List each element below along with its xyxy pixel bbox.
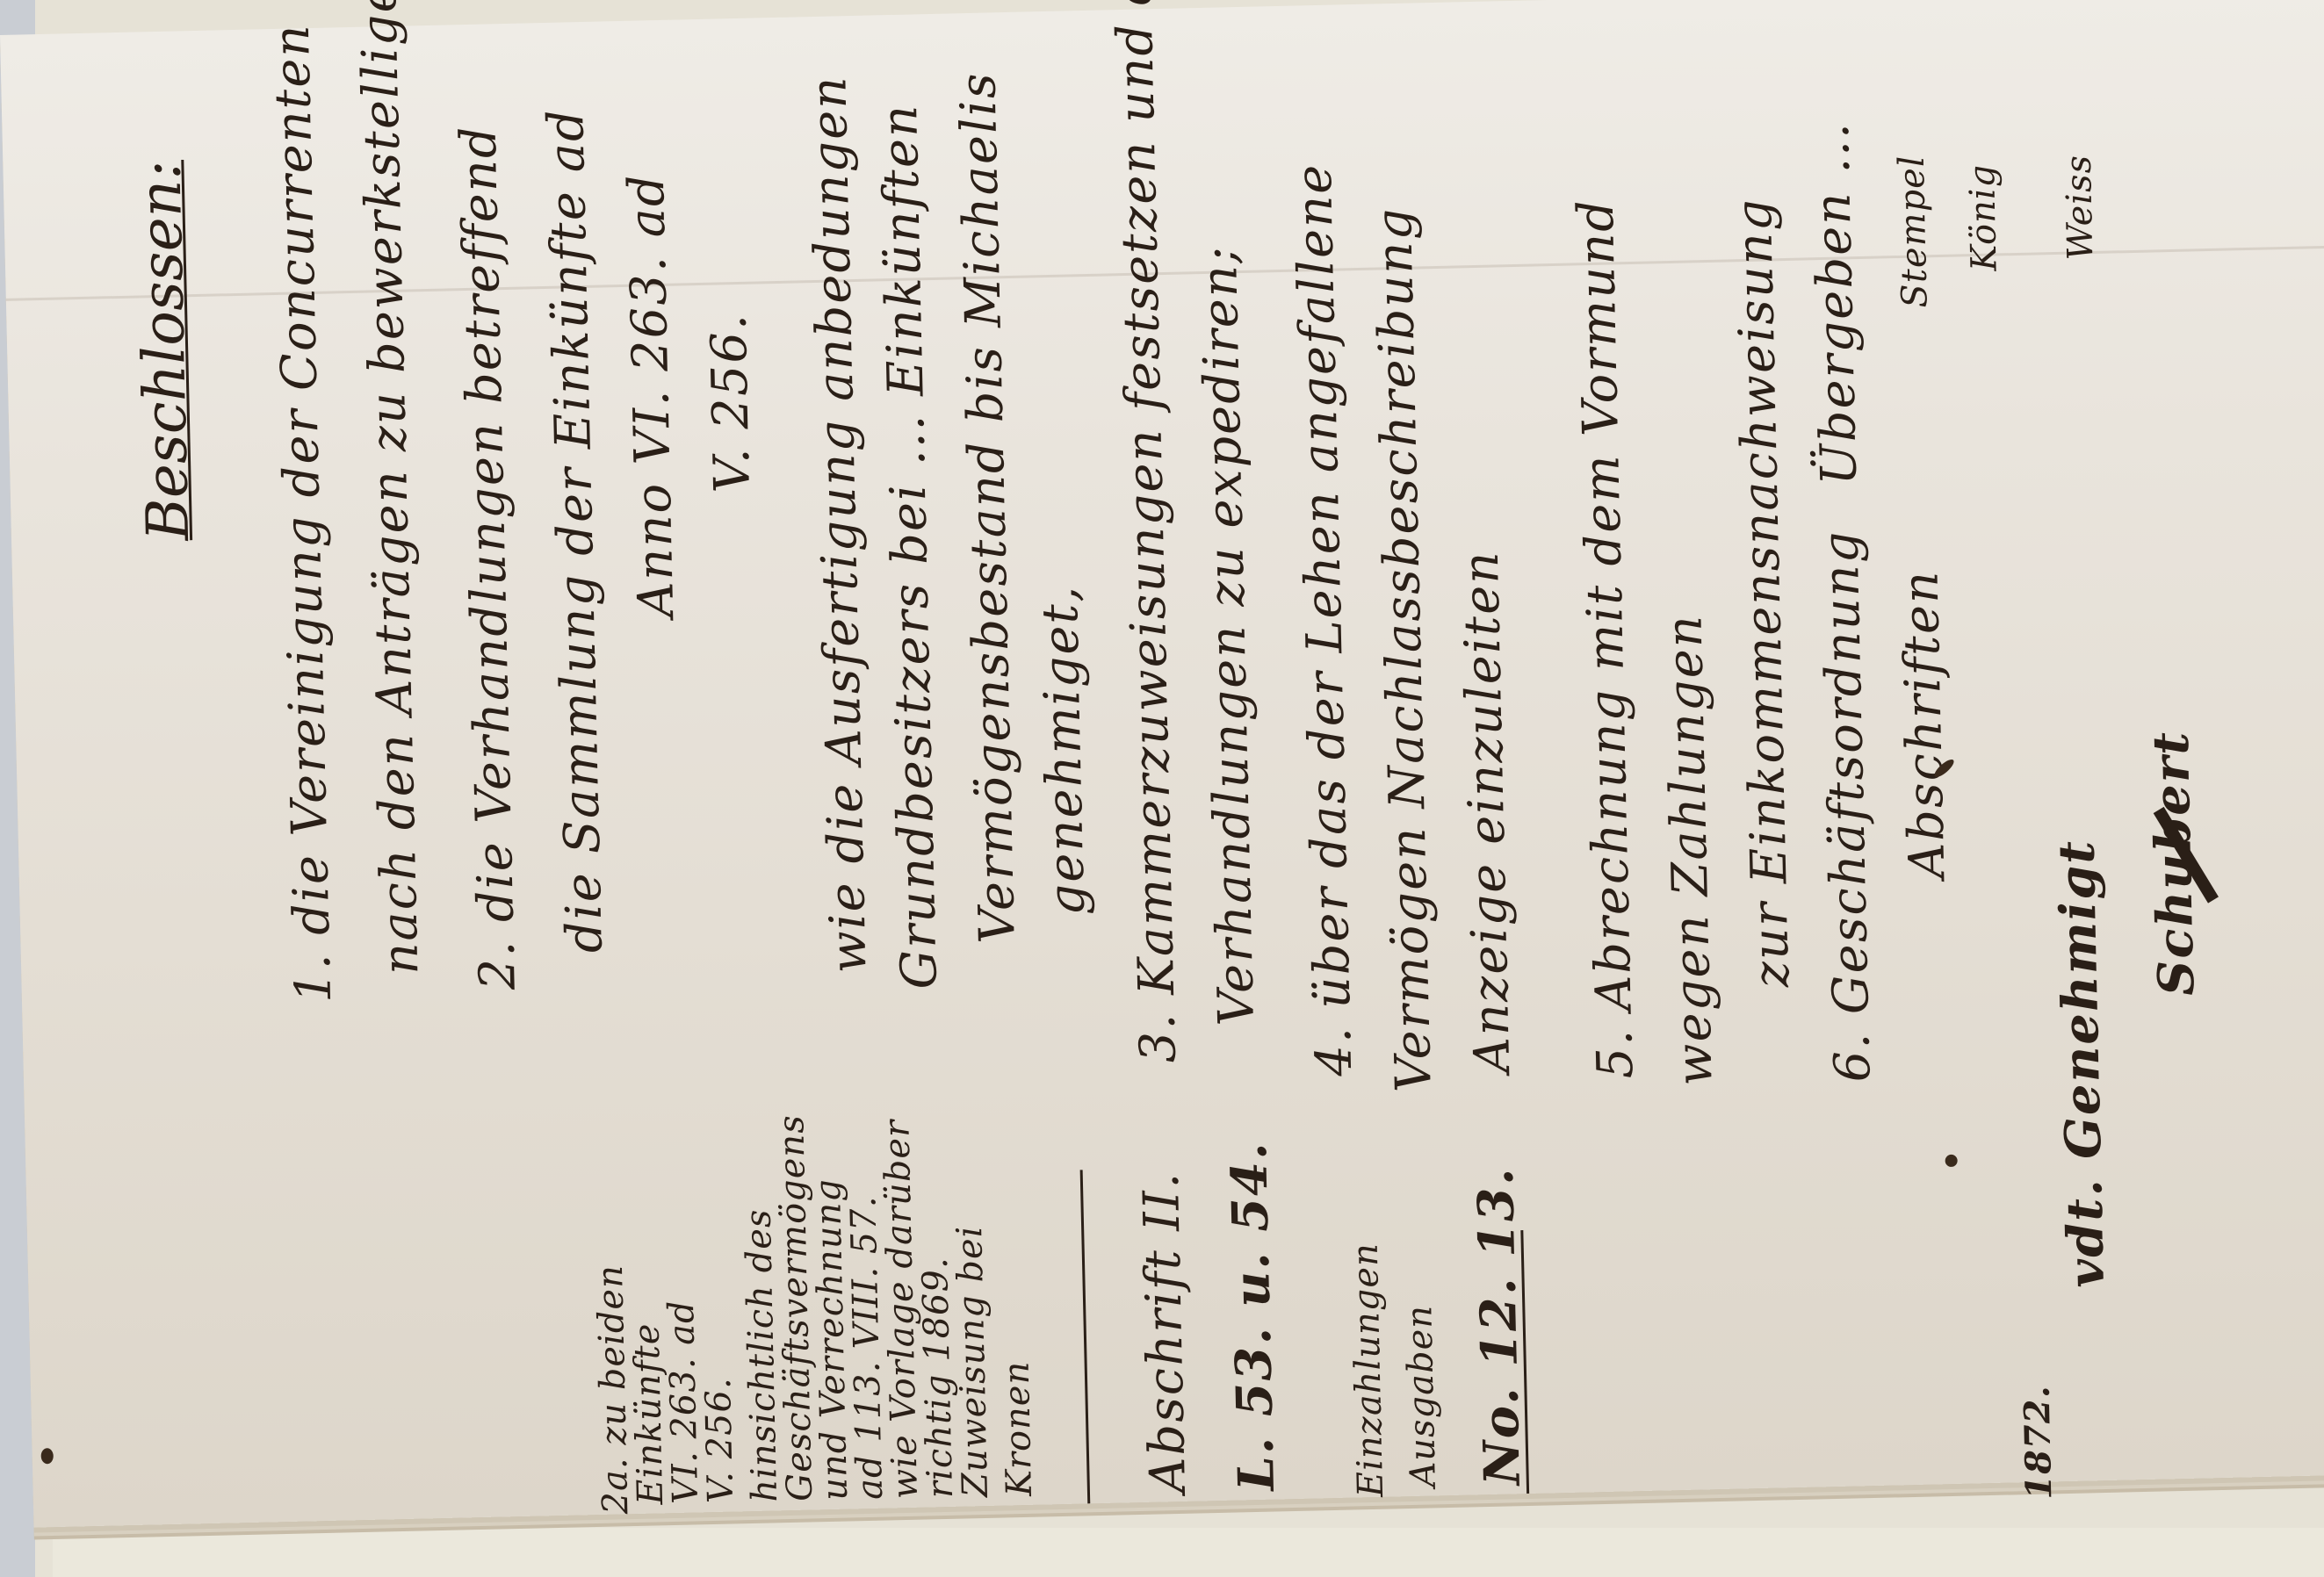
continuation-line-1: wie die Ausfertigung anbedungen <box>800 75 877 974</box>
initials-3: Weiss <box>2059 154 2102 260</box>
heading: Beschlossen: <box>126 160 202 542</box>
resolution-5-line-1: 5. Abrechnung mit dem Vormund <box>1568 198 1645 1079</box>
resolution-4-line-1: 4. über das der Lehen angefallene <box>1286 162 1364 1077</box>
right-column-line-1: Übergeben ... <box>1803 121 1868 486</box>
document-page: Beschlossen: 1. die Vereinigung der Conc… <box>0 0 2324 1528</box>
continuation-line-3: Vermögensbestand bis Michaelis <box>949 71 1027 944</box>
resolution-2-line-4: V. 256. <box>700 313 761 493</box>
resolution-5-line-2: wegen Zahlungen <box>1656 614 1723 1087</box>
continuation-line-2: Grundbesitzers bei ... Einkünften <box>871 103 949 990</box>
margin-note-1-line-11: Zuweisung bei <box>949 1225 996 1498</box>
ink-dot <box>1945 1155 1957 1167</box>
initials-2: König <box>1962 163 2005 271</box>
margin-rule-1 <box>1080 1170 1091 1503</box>
resolution-5-line-3: zur Einkommensnachweisung <box>1726 198 1801 989</box>
margin-note-2-line-2: L. 53. u. 54. <box>1220 1141 1286 1492</box>
resolution-1-line-2: nach den Anträgen zu bewerkstelligen <box>350 0 430 976</box>
resolution-2-line-1: 2. die Verhandlungen betreffend <box>450 125 526 991</box>
margin-note-3-line-2: Ausgaben <box>1399 1305 1444 1488</box>
resolution-6-line-1: 6. Geschäftsordnung <box>1812 529 1881 1083</box>
margin-note-3-line-1: Einzahlungen <box>1346 1242 1392 1498</box>
margin-note-1-line-12: Kronen <box>997 1360 1040 1496</box>
ink-mark-edge <box>41 1448 54 1464</box>
resolution-6-line-2: Abschriften <box>1892 569 1956 879</box>
margin-note-1-line-4: V. 256. <box>698 1377 741 1503</box>
resolution-3-line-2: Verhandlungen zu expediren; <box>1191 245 1266 1026</box>
resolution-4-line-2: Vermögen Nachlassbeschreibung <box>1366 206 1443 1092</box>
resolution-2-line-2: die Sammlung der Einkünfte ad <box>538 107 614 953</box>
approved-line: genehmiget, <box>1032 584 1097 916</box>
margin-note-3-line-3: No. 12. 13. <box>1467 1166 1532 1486</box>
resolution-4-line-3: Anzeige einzuleiten <box>1453 550 1521 1074</box>
date-mark: 1872. <box>2016 1385 2060 1500</box>
page-stack-edge <box>53 1528 2324 1577</box>
resolution-2-line-3: Anno VI. 263. ad <box>618 173 685 618</box>
signature-line-1: vdt. Genehmigt <box>2047 839 2116 1288</box>
initials-1: Stempel <box>1892 155 1936 308</box>
resolution-1-line-1: 1. die Vereinigung der Concurrenten <box>263 23 343 1004</box>
margin-note-2-line-1: Abschrift II. <box>1133 1170 1197 1494</box>
resolution-3-line-1: 3. Kammerzuweisungen festsetzen und die <box>1104 0 1187 1063</box>
